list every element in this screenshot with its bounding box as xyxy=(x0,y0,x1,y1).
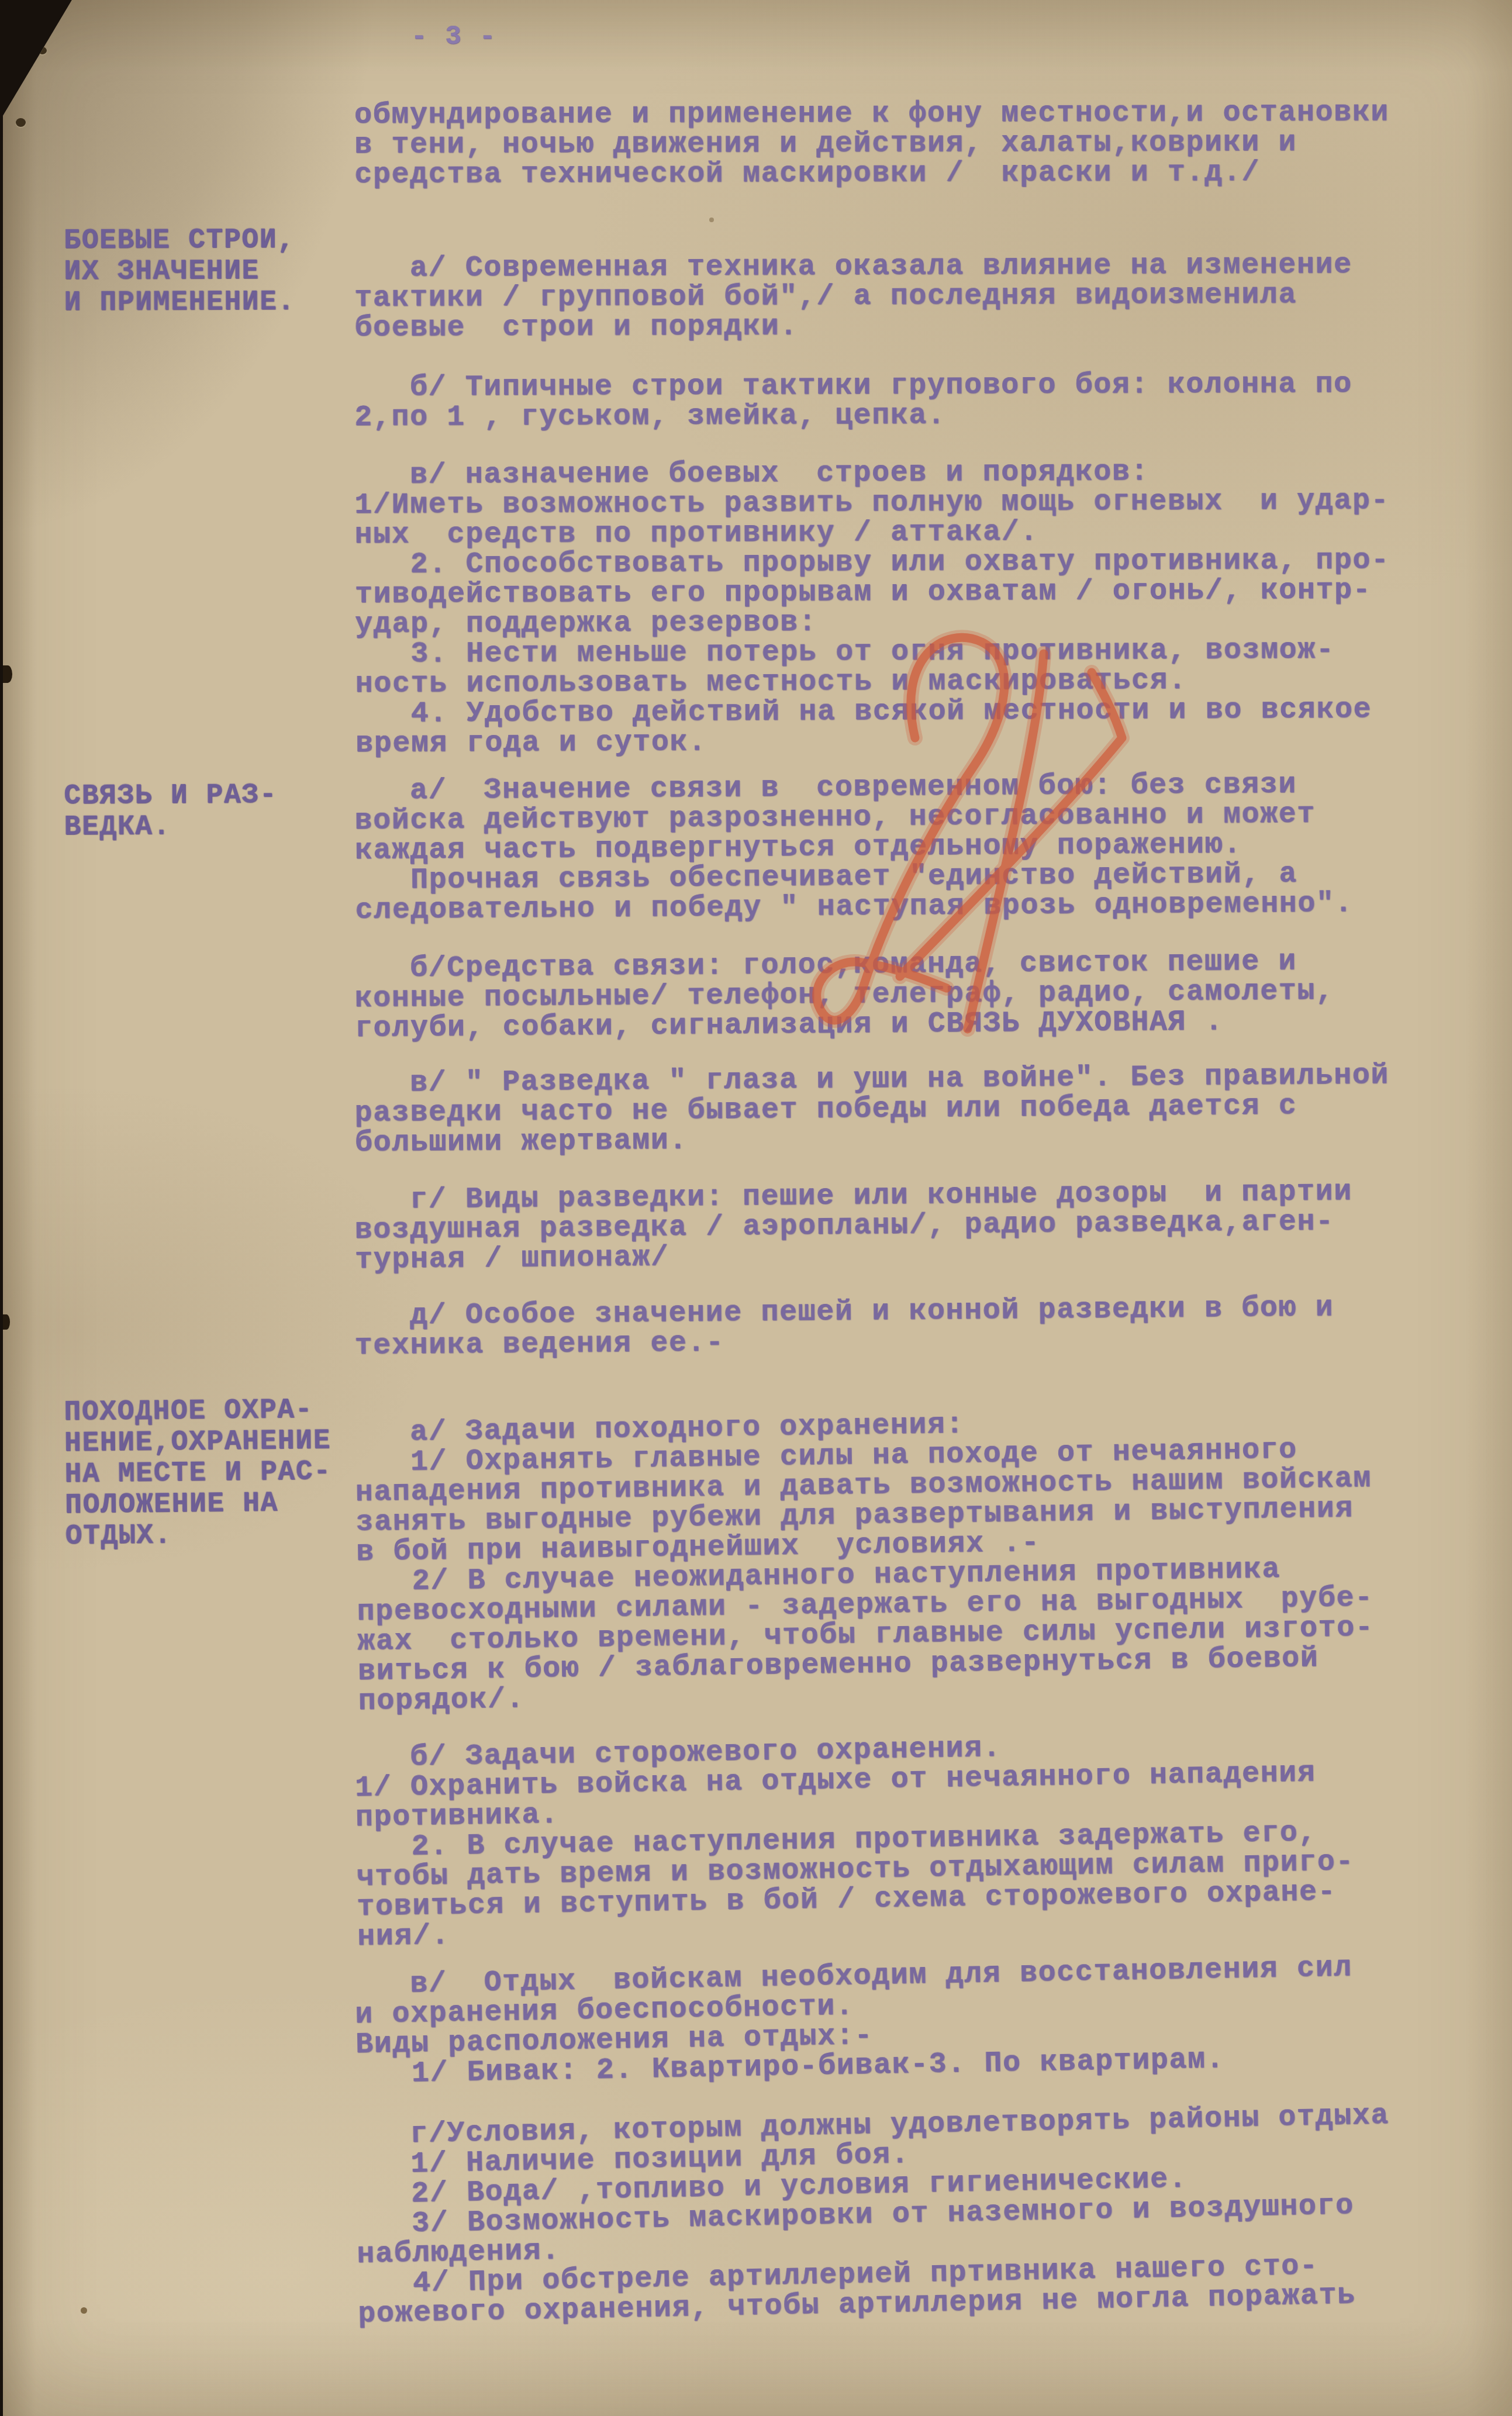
paragraph-rest-v: в/ Отдых войскам необходим для восстанов… xyxy=(354,1953,1354,2090)
section-heading-combat-formations: БОЕВЫЕ СТРОИ, ИХ ЗНАЧЕНИЕ И ПРИМЕНЕНИЕ. xyxy=(64,225,295,319)
paper-speck xyxy=(709,218,714,222)
edge-tear xyxy=(3,1314,10,1330)
scanned-document-page: { "document": { "page_number": "- 3 -", … xyxy=(0,0,1512,2416)
paragraph-reconnaissance-d: д/ Особое значение пешей и конной развед… xyxy=(354,1293,1334,1361)
paper-sheet: - 3 - обмундирование и применение к фону… xyxy=(3,0,1512,2416)
paragraph-rest-conditions-g: г/Условия, которым должны удовлетворять … xyxy=(354,2101,1393,2329)
section-heading-march-security: ПОХОДНОЕ ОХРА- НЕНИЕ,ОХРАНЕНИЕ НА МЕСТЕ … xyxy=(64,1395,332,1552)
paragraph-march-security-a: а/ Задачи походного охранения: 1/ Охраня… xyxy=(354,1404,1375,1717)
paper-speck xyxy=(81,2307,87,2314)
punch-hole xyxy=(38,47,47,54)
red-pencil-annotation-value: 24 xyxy=(3,0,4,1)
intro-paragraph: обмундирование и применение к фону местн… xyxy=(354,98,1389,190)
section-heading-signals-reconnaissance: СВЯЗЬ И РАЗ- ВЕДКА. xyxy=(64,780,277,843)
paragraph-outpost-security-b: б/ Задачи сторожевого охранения. 1/ Охра… xyxy=(354,1728,1355,1952)
paragraph-reconnaissance-v: в/ " Разведка " глаза и уши на войне". Б… xyxy=(354,1061,1390,1158)
paragraph-formations-b: б/ Типичные строи тактики групового боя:… xyxy=(354,370,1352,433)
page-number: - 3 - xyxy=(411,22,496,52)
paragraph-signals-b: б/Средства связи: голос,команда, свисток… xyxy=(354,947,1334,1044)
edge-tear xyxy=(3,665,12,683)
paragraph-signals-a: а/ Значение связи в современном бою: без… xyxy=(354,769,1353,926)
paragraph-reconnaissance-g: г/ Виды разведки: пешие или конные дозор… xyxy=(354,1177,1353,1275)
punch-hole xyxy=(16,118,26,127)
paragraph-formations-a: а/ Современная техника оказала влияние н… xyxy=(354,250,1352,343)
paragraph-formations-v: в/ назначение боевых строев и порядков: … xyxy=(354,456,1390,759)
